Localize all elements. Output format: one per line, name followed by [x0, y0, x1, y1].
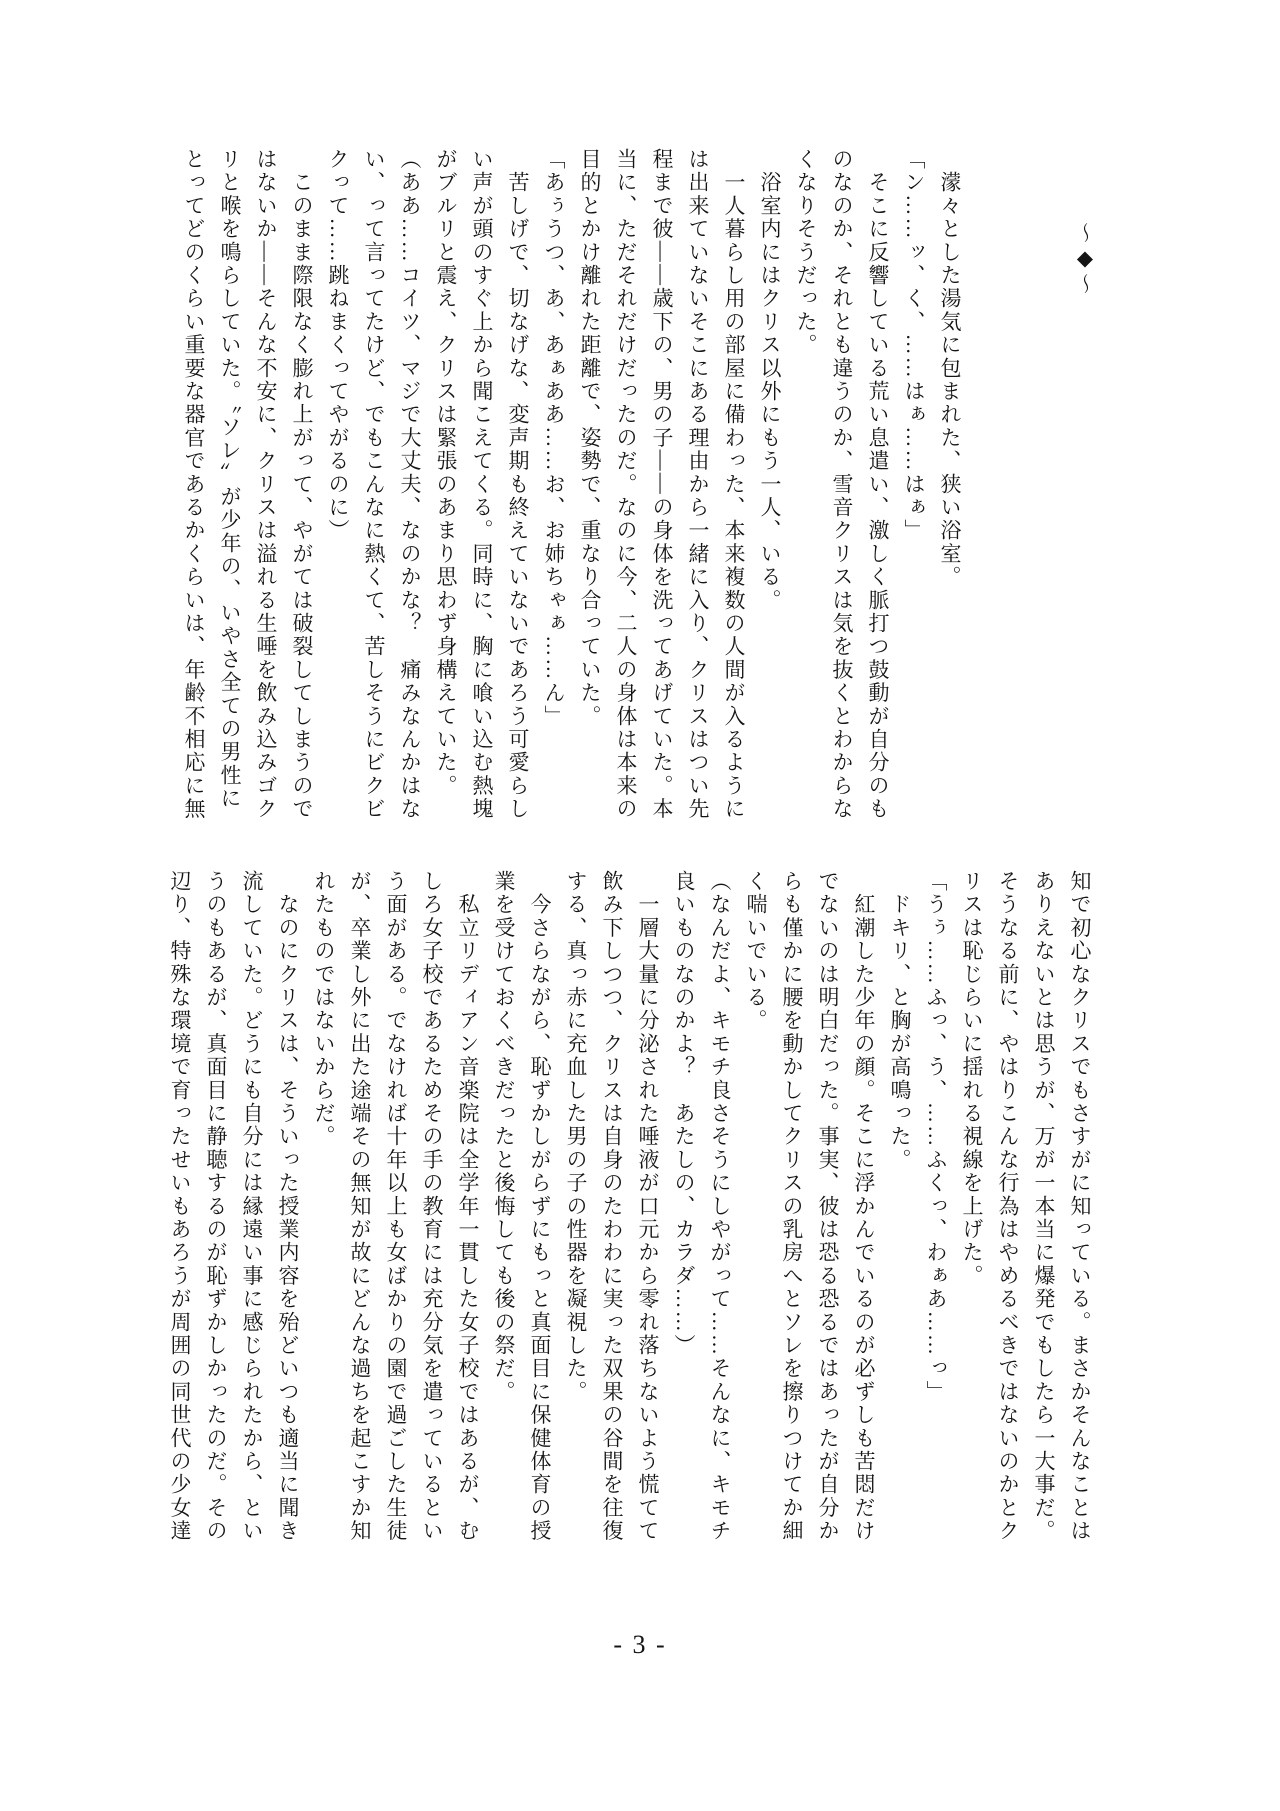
text-column: リと喉を鳴らしていた。〝ソレ〟が少年の、いやさ全ての男性に [212, 148, 248, 864]
text-column: 一人暮らし用の部屋に備わった、本来複数の人間が入るように [716, 148, 752, 864]
text-column: 良いものなのかよ？ あたしの、カラダ……） [666, 870, 702, 1586]
text-column: そうなる前に、やはりこんな行為はやめるべきではないのかとク [990, 870, 1026, 1586]
text-column: 流していた。どうにも自分には縁遠い事に感じられたから、とい [234, 870, 270, 1586]
text-column: そこに反響している荒い息遣い、激しく脈打つ鼓動が自分のも [860, 148, 896, 864]
text-column: く喘いでいる。 [738, 870, 774, 1586]
text-column: らも僅かに腰を動かしてクリスの乳房へとソレを擦りつけてか細 [774, 870, 810, 1586]
text-column: 目的とかけ離れた距離で、姿勢で、重なり合っていた。 [572, 148, 608, 864]
text-column: とってどのくらい重要な器官であるかくらいは、年齢不相応に無 [176, 148, 212, 864]
text-column: ドキリ、と胸が高鳴った。 [882, 870, 918, 1586]
text-column: でないのは明白だった。事実、彼は恐る恐るではあったが自分か [810, 870, 846, 1586]
text-column: 紅潮した少年の顔。そこに浮かんでいるのが必ずしも苦悶だけ [846, 870, 882, 1586]
text-column: なのにクリスは、そういった授業内容を殆どいつも適当に聞き [270, 870, 306, 1586]
page: 〜◆〜 濛々とした湯気に包まれた、狭い浴室。「ン……ッ、く、……はぁ……はぁ」 … [0, 0, 1280, 1811]
text-column: くなりそうだった。 [788, 148, 824, 864]
text-column: 業を受けておくべきだったと後悔しても後の祭だ。 [486, 870, 522, 1586]
text-column: 浴室内にはクリス以外にもう一人、いる。 [752, 148, 788, 864]
text-column: ありえないとは思うが、万が一本当に爆発でもしたら一大事だ。 [1026, 870, 1062, 1586]
top-text-block: 濛々とした湯気に包まれた、狭い浴室。「ン……ッ、く、……はぁ……はぁ」 そこに反… [176, 148, 968, 864]
bottom-text-block: 知で初心なクリスでもさすがに知っている。まさかそんなことはありえないとは思うが、… [162, 870, 1098, 1586]
text-column: しろ女子校であるためその手の教育には充分気を遣っているとい [414, 870, 450, 1586]
text-column: はないか――そんな不安に、クリスは溢れる生唾を飲み込みゴク [248, 148, 284, 864]
text-column: 濛々とした湯気に包まれた、狭い浴室。 [932, 148, 968, 864]
text-column: 私立リディアン音楽院は全学年一貫した女子校ではあるが、む [450, 870, 486, 1586]
text-column: 知で初心なクリスでもさすがに知っている。まさかそんなことは [1062, 870, 1098, 1586]
text-column: （なんだよ、キモチ良さそうにしやがって……そんなに、キモチ [702, 870, 738, 1586]
text-column: がブルリと震え、クリスは緊張のあまり思わず身構えていた。 [428, 148, 464, 864]
text-column: い声が頭のすぐ上から聞こえてくる。同時に、胸に喰い込む熱塊 [464, 148, 500, 864]
text-column: 辺り、特殊な環境で育ったせいもあろうが周囲の同世代の少女達 [162, 870, 198, 1586]
text-column: うのもあるが、真面目に静聴するのが恥ずかしかったのだ。その [198, 870, 234, 1586]
text-column: い、って言ってたけど、でもこんなに熱くて、苦しそうにビクビ [356, 148, 392, 864]
text-column: う面がある。でなければ十年以上も女ばかりの園で過ごした生徒 [378, 870, 414, 1586]
text-column: クって……跳ねまくってやがるのに） [320, 148, 356, 864]
text-column: 苦しげで、切なげな、変声期も終えていないであろう可愛らし [500, 148, 536, 864]
section-break-marker: 〜◆〜 [1071, 222, 1099, 297]
text-column: が、卒業し外に出た途端その無知が故にどんな過ちを起こすか知 [342, 870, 378, 1586]
text-column: 飲み下しつつ、クリスは自身のたわわに実った双果の谷間を往復 [594, 870, 630, 1586]
text-column: 「うぅ……ふっ、う、……ふくっ、わぁあ……っ」 [918, 870, 954, 1586]
text-column: 当に、ただそれだけだったのだ。なのに今、二人の身体は本来の [608, 148, 644, 864]
text-column: は出来ていないそこにある理由から一緒に入り、クリスはつい先 [680, 148, 716, 864]
text-column: 今さらながら、恥ずかしがらずにもっと真面目に保健体育の授 [522, 870, 558, 1586]
text-column: 一層大量に分泌された唾液が口元から零れ落ちないよう慌てて [630, 870, 666, 1586]
text-column: する、真っ赤に充血した男の子の性器を凝視した。 [558, 870, 594, 1586]
text-column: れたものではないからだ。 [306, 870, 342, 1586]
text-column: 程まで彼――歳下の、男の子――の身体を洗ってあげていた。本 [644, 148, 680, 864]
text-column: （ああ……コイツ、マジで大丈夫、なのかな？ 痛みなんかはな [392, 148, 428, 864]
page-number: - 3 - [0, 1630, 1280, 1660]
text-column: 「ン……ッ、く、……はぁ……はぁ」 [896, 148, 932, 864]
text-column: のなのか、それとも違うのか、雪音クリスは気を抜くとわからな [824, 148, 860, 864]
text-column: リスは恥じらいに揺れる視線を上げた。 [954, 870, 990, 1586]
text-column: このまま際限なく膨れ上がって、やがては破裂してしまうので [284, 148, 320, 864]
text-column: 「あぅうつ、あ、あぁああ……お、お姉ちゃぁ……ん」 [536, 148, 572, 864]
